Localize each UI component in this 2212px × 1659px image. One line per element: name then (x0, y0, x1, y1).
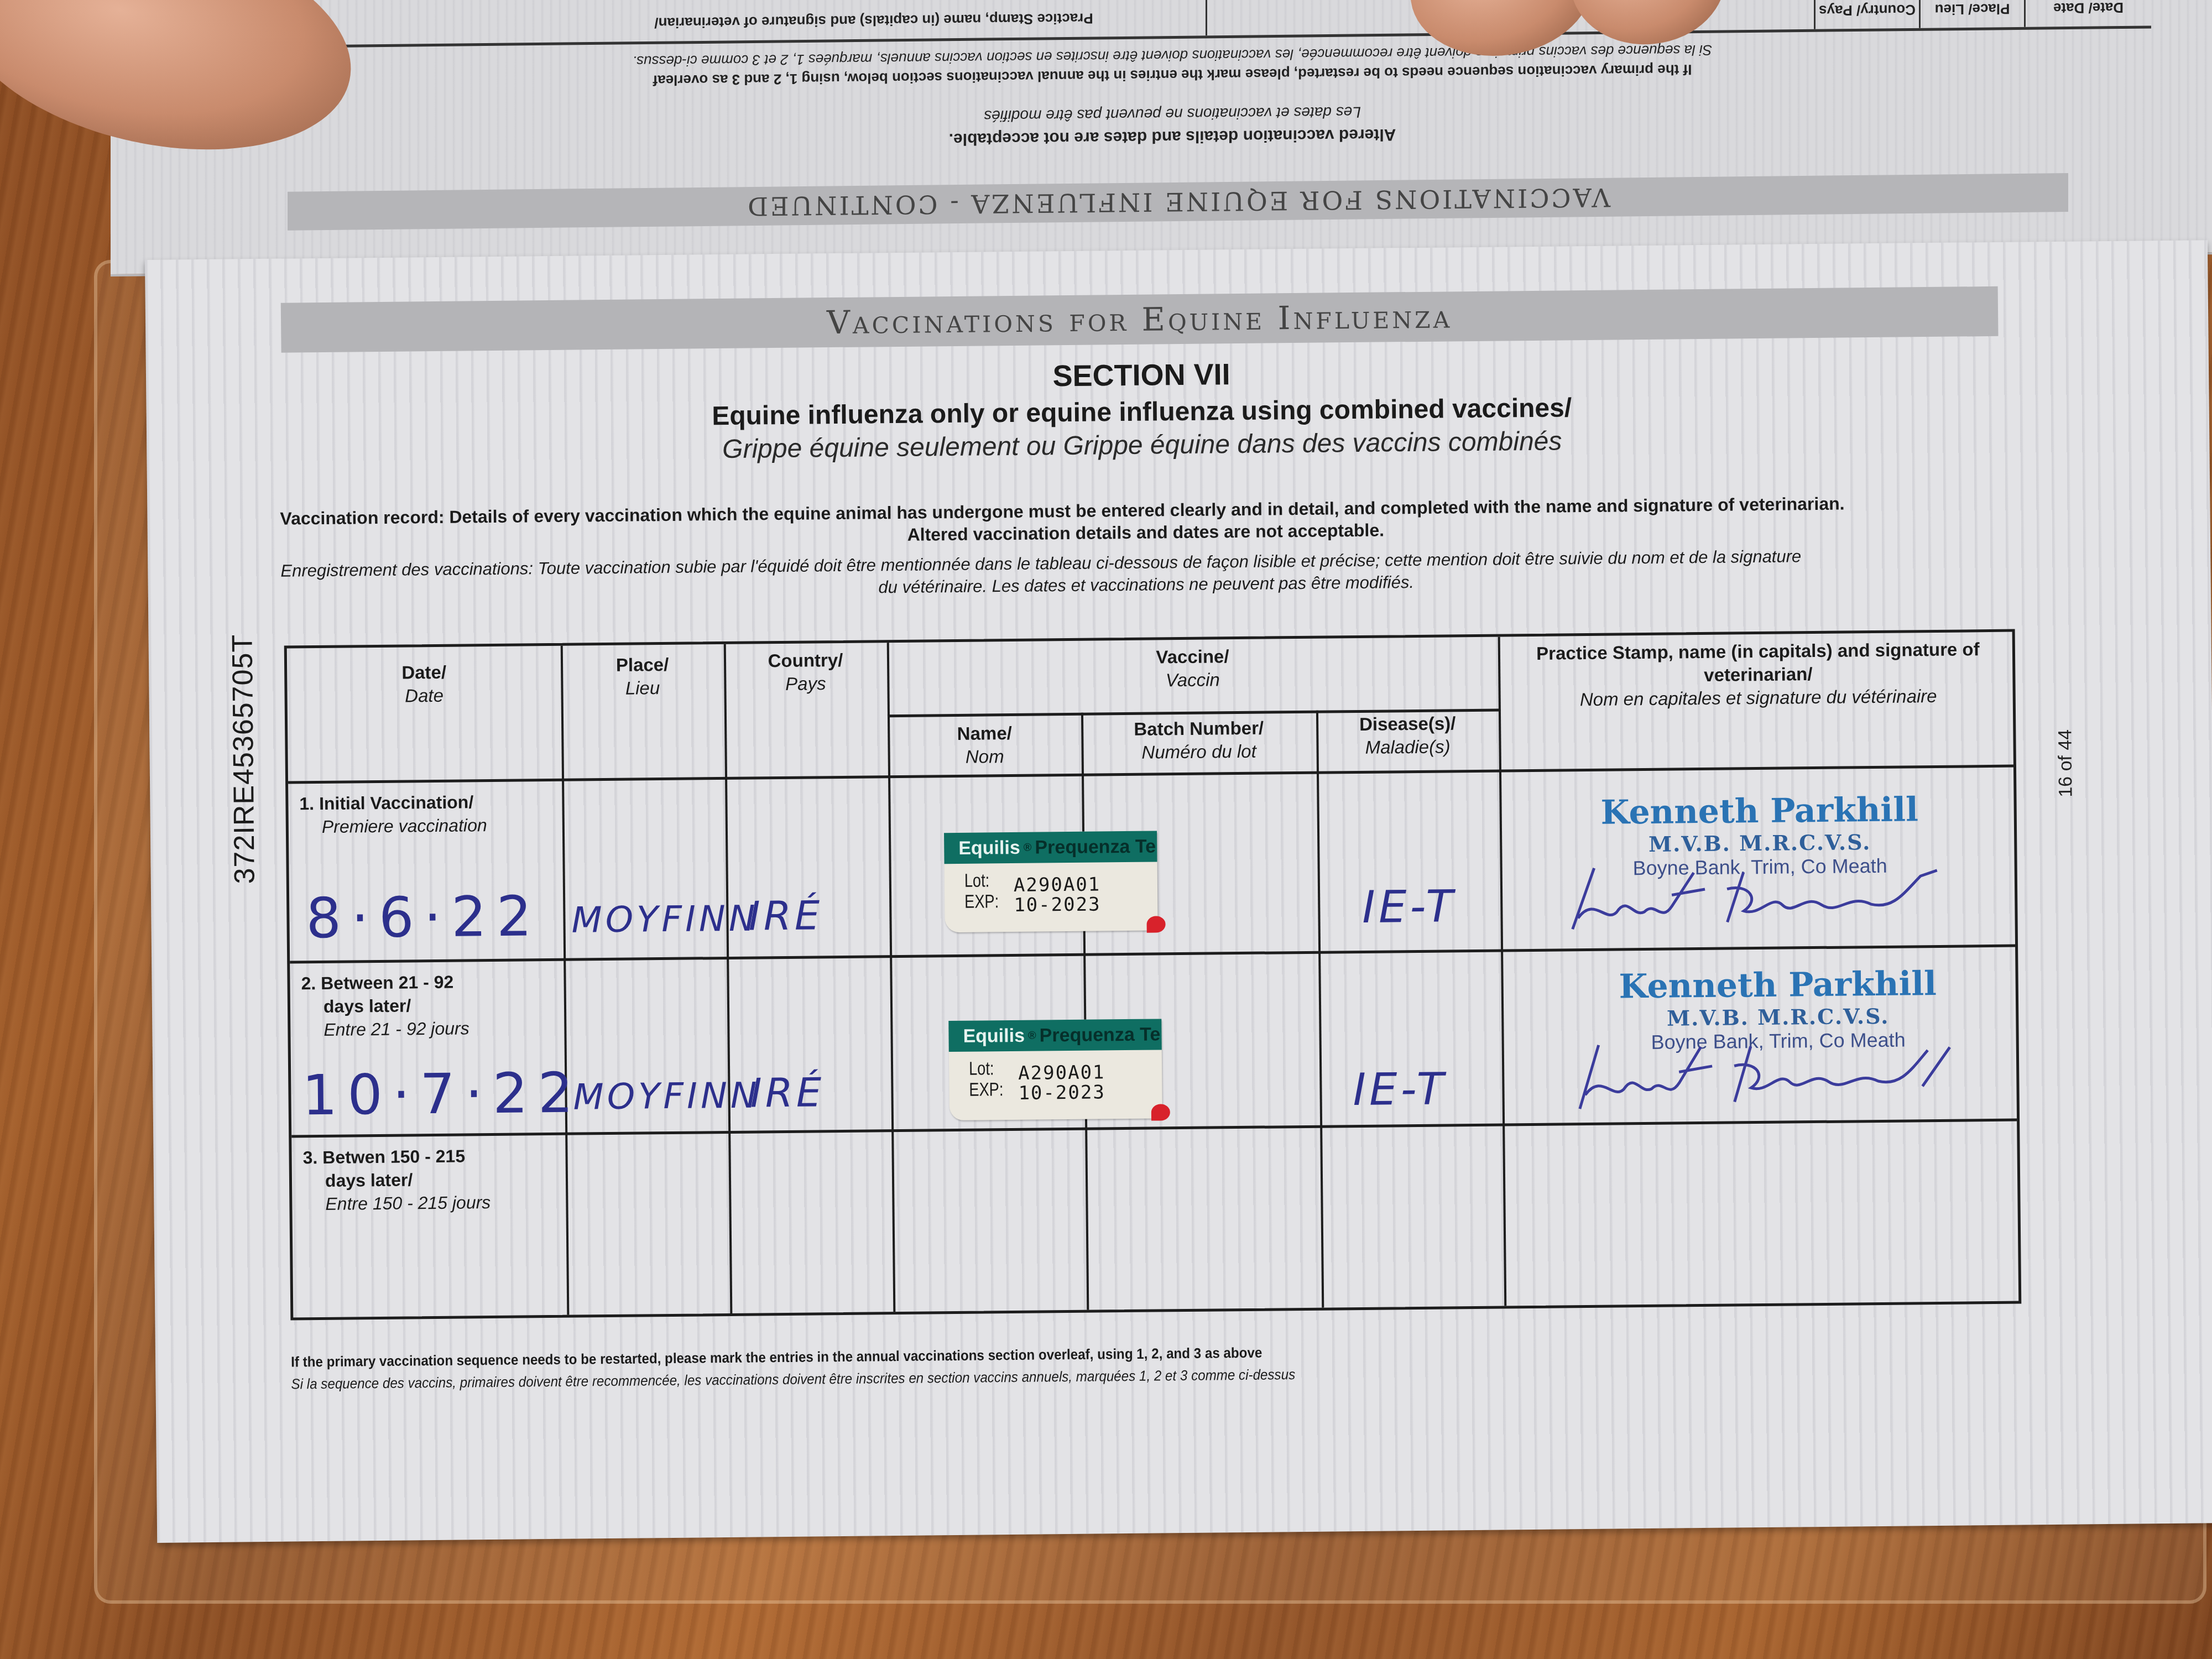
vet-name: Kenneth Parkhill (1578, 964, 1977, 1006)
row-2-vet-signature (1568, 1036, 1967, 1112)
vaccine-label-values: A290A01 10-2023 (1018, 1062, 1105, 1103)
row-1-date[interactable]: 8·6·22 (306, 884, 542, 951)
flipped-header-vet: Practice Stamp, name (in capitals) and s… (542, 0, 1206, 43)
passport-id-number: 372IRE45365705T (226, 634, 262, 884)
row-1-place[interactable]: MOYFINN (571, 898, 759, 941)
flipped-header-date: Date/ Date (2024, 0, 2151, 27)
vaccine-product: Prequenza Te (1040, 1024, 1161, 1046)
registered-mark: ® (1028, 1029, 1036, 1042)
row-2-label-en: 2. Between 21 - 92 (301, 970, 469, 995)
row-2-disease[interactable]: IE-T (1353, 1063, 1447, 1115)
vaccine-brand: Equilis (958, 837, 1020, 859)
row-2-vaccine-label: Equilis ® Prequenza Te Lot: EXP: A290A01… (948, 1019, 1162, 1120)
page-number: 16 of 44 (2054, 729, 2077, 797)
header-batch-number: Batch Number/ Numéro du lot (1081, 716, 1317, 765)
col-divider (724, 644, 733, 1313)
header-date-en: Date/ (287, 660, 561, 686)
registered-mark: ® (1024, 841, 1032, 854)
instructions-english: Vaccination record: Details of every vac… (280, 491, 2011, 552)
header-disease-en: Disease(s)/ (1316, 712, 1499, 737)
row-1-vet-signature (1561, 859, 1960, 935)
row-3-label: 3. Betwen 150 - 215 days later/ Entre 15… (302, 1144, 491, 1215)
instructions-french: Enregistrement des vaccinations: Toute v… (280, 544, 2012, 604)
flipped-header-place: Place/ Lieu (1919, 0, 2024, 28)
vaccine-label-keys: Lot: EXP: (969, 1058, 1004, 1100)
flipped-facing-page: Date/ Date Place/ Lieu Country/ Pays Vac… (111, 0, 2212, 276)
row-3-label-fr: Entre 150 - 215 jours (303, 1191, 491, 1215)
vet-qualifications: M.V.B. M.R.C.V.S. (1579, 1003, 1977, 1031)
header-name-fr: Nom (888, 744, 1082, 769)
header-place: Place/ Lieu (561, 653, 724, 701)
header-disease: Disease(s)/ Maladie(s) (1316, 712, 1499, 760)
banner-title: Vaccinations for Equine Influenza (281, 286, 1999, 353)
row-2-label-en2: days later/ (301, 993, 469, 1018)
row-2-date[interactable]: 10·7·22 (302, 1060, 583, 1128)
header-date-fr: Date (287, 683, 561, 709)
exp-key: EXP: (964, 891, 999, 912)
header-place-fr: Lieu (561, 676, 724, 701)
vaccine-label-keys: Lot: EXP: (964, 870, 999, 912)
row-1-label-fr: Premiere vaccination (300, 813, 487, 838)
header-country-fr: Pays (724, 671, 887, 696)
col-divider (1081, 713, 1089, 1310)
label-red-tab (1151, 1104, 1170, 1120)
vaccine-label-header: Equilis ® Prequenza Te (948, 1019, 1162, 1052)
header-batch-fr: Numéro du lot (1081, 739, 1316, 765)
header-bottom-divider (288, 765, 2013, 784)
lot-number: A290A01 (1014, 874, 1101, 895)
row-divider (290, 945, 2015, 964)
vaccine-product: Prequenza Te (1035, 836, 1156, 858)
header-country: Country/ Pays (724, 648, 888, 696)
header-vaccine: Vaccine/ Vaccin (887, 643, 1499, 695)
row-3-label-en2: days later/ (303, 1167, 491, 1192)
row-3-label-en: 3. Betwen 150 - 215 (302, 1144, 490, 1169)
vet-name: Kenneth Parkhill (1560, 790, 1959, 833)
col-divider (1498, 637, 1507, 1306)
instructions-english-line2: Altered vaccination details and dates ar… (907, 520, 1384, 545)
lot-key: Lot: (969, 1058, 1003, 1079)
header-name-en: Name/ (888, 721, 1081, 746)
passport-page: Vaccinations for Equine Influenza SECTIO… (145, 240, 2212, 1543)
flipped-header-country: Country/ Pays (1814, 0, 1919, 29)
lot-key: Lot: (964, 870, 999, 891)
footnote-french: Si la sequence des vaccins, primaires do… (291, 1366, 1295, 1392)
row-1-disease[interactable]: IE-T (1362, 880, 1457, 933)
row-1-label: 1. Initial Vaccination/ Premiere vaccina… (299, 790, 487, 838)
row-2-label-fr: Entre 21 - 92 jours (301, 1016, 469, 1041)
lot-number: A290A01 (1018, 1062, 1105, 1083)
vaccine-label-header: Equilis ® Prequenza Te (944, 831, 1157, 864)
vaccine-brand: Equilis (963, 1025, 1025, 1047)
footnote-english: If the primary vaccination sequence need… (291, 1344, 1262, 1371)
vet-qualifications: M.V.B. M.R.C.V.S. (1561, 829, 1959, 858)
vaccine-label-values: A290A01 10-2023 (1014, 874, 1101, 915)
header-batch-en: Batch Number/ (1081, 716, 1316, 742)
col-divider (1316, 711, 1324, 1308)
exp-key: EXP: (969, 1079, 1003, 1100)
header-disease-fr: Maladie(s) (1316, 735, 1499, 760)
header-vaccine-name: Name/ Nom (888, 721, 1082, 769)
flipped-banner-title: VACCINATIONS FOR EQUINE INFLUENZA - CONT… (288, 173, 2068, 231)
header-country-en: Country/ (724, 648, 887, 673)
row-2-country[interactable]: IRÉ (750, 1069, 825, 1116)
row-1-label-en: 1. Initial Vaccination/ (299, 790, 487, 815)
expiry-date: 10-2023 (1018, 1082, 1105, 1103)
header-date: Date/ Date (287, 660, 561, 709)
label-red-tab (1146, 916, 1165, 932)
header-vet-fr: Nom en capitales et signature du vétérin… (1501, 684, 2016, 712)
row-2-label: 2. Between 21 - 92 days later/ Entre 21 … (301, 970, 469, 1041)
row-1-vaccine-label: Equilis ® Prequenza Te Lot: EXP: A290A01… (944, 831, 1158, 932)
row-2-place[interactable]: MOYFINN (573, 1075, 760, 1118)
header-vet-en-line1: Practice Stamp, name (in capitals) and s… (1501, 638, 2015, 666)
header-vet-stamp: Practice Stamp, name (in capitals) and s… (1501, 638, 2016, 712)
header-place-en: Place/ (561, 653, 724, 677)
vaccination-table: Date/ Date Place/ Lieu Country/ Pays Vac… (284, 629, 2022, 1321)
row-1-country[interactable]: IRÉ (748, 892, 823, 939)
instructions-french-line2: du vétérinaire. Les dates et vaccination… (878, 572, 1414, 597)
col-divider (561, 646, 570, 1315)
expiry-date: 10-2023 (1014, 894, 1101, 915)
